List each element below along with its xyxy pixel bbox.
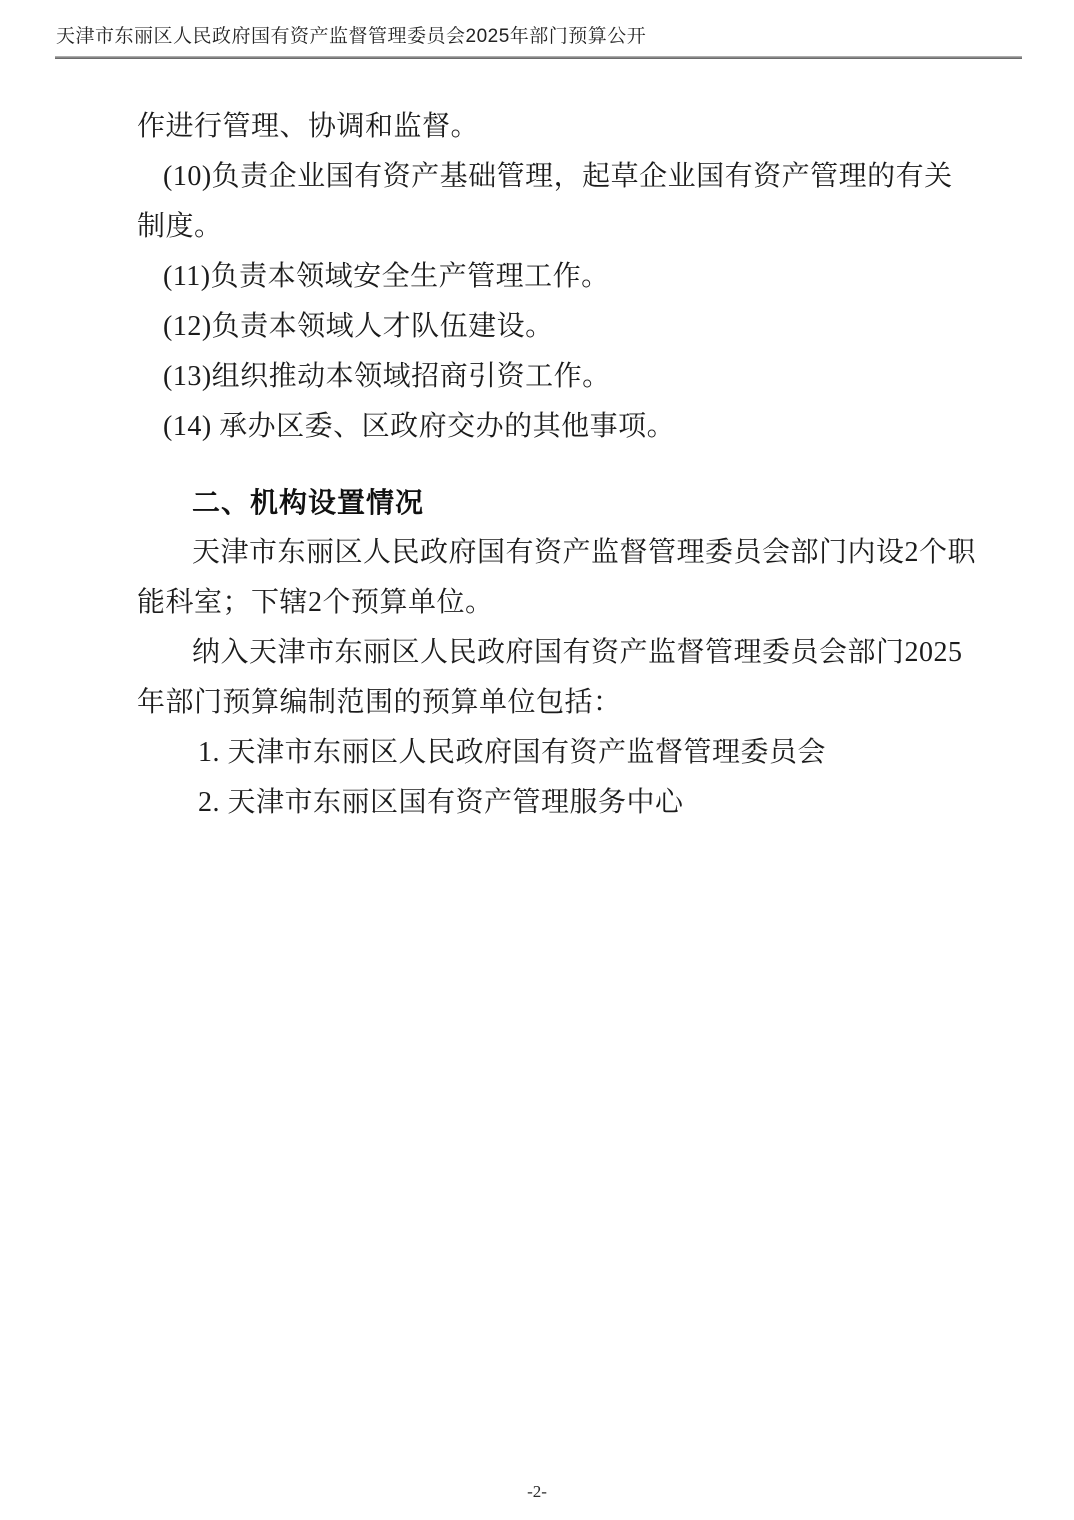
paragraph-line: (12)负责本领域人才队伍建设。 — [137, 302, 943, 352]
list-item: 2. 天津市东丽区国有资产管理服务中心 — [137, 778, 943, 828]
paragraph-line: 年部门预算编制范围的预算单位包括： — [137, 678, 943, 728]
paragraph-line: (14) 承办区委、区政府交办的其他事项。 — [137, 402, 943, 452]
document-body: 作进行管理、协调和监督。 (10)负责企业国有资产基础管理，起草企业国有资产管理… — [137, 102, 943, 828]
page-number: -2- — [527, 1482, 547, 1501]
section-heading: 二、机构设置情况 — [137, 478, 943, 528]
paragraph-line: 能科室；下辖2个预算单位。 — [137, 578, 943, 628]
paragraph-line: (13)组织推动本领域招商引资工作。 — [137, 352, 943, 402]
paragraph-line: 纳入天津市东丽区人民政府国有资产监督管理委员会部门2025 — [137, 628, 943, 678]
list-item: 1. 天津市东丽区人民政府国有资产监督管理委员会 — [137, 728, 943, 778]
header-rule — [55, 56, 1022, 59]
page-footer: -2- — [0, 1481, 1074, 1503]
paragraph-line: (11)负责本领域安全生产管理工作。 — [137, 252, 943, 302]
paragraph-line: 作进行管理、协调和监督。 — [137, 102, 943, 152]
paragraph-line: 天津市东丽区人民政府国有资产监督管理委员会部门内设2个职 — [137, 528, 943, 578]
paragraph-line: (10)负责企业国有资产基础管理，起草企业国有资产管理的有关 — [137, 152, 943, 202]
paragraph-line: 制度。 — [137, 202, 943, 252]
document-page: 天津市东丽区人民政府国有资产监督管理委员会2025年部门预算公开 作进行管理、协… — [0, 0, 1074, 1520]
header-title: 天津市东丽区人民政府国有资产监督管理委员会2025年部门预算公开 — [56, 25, 646, 49]
